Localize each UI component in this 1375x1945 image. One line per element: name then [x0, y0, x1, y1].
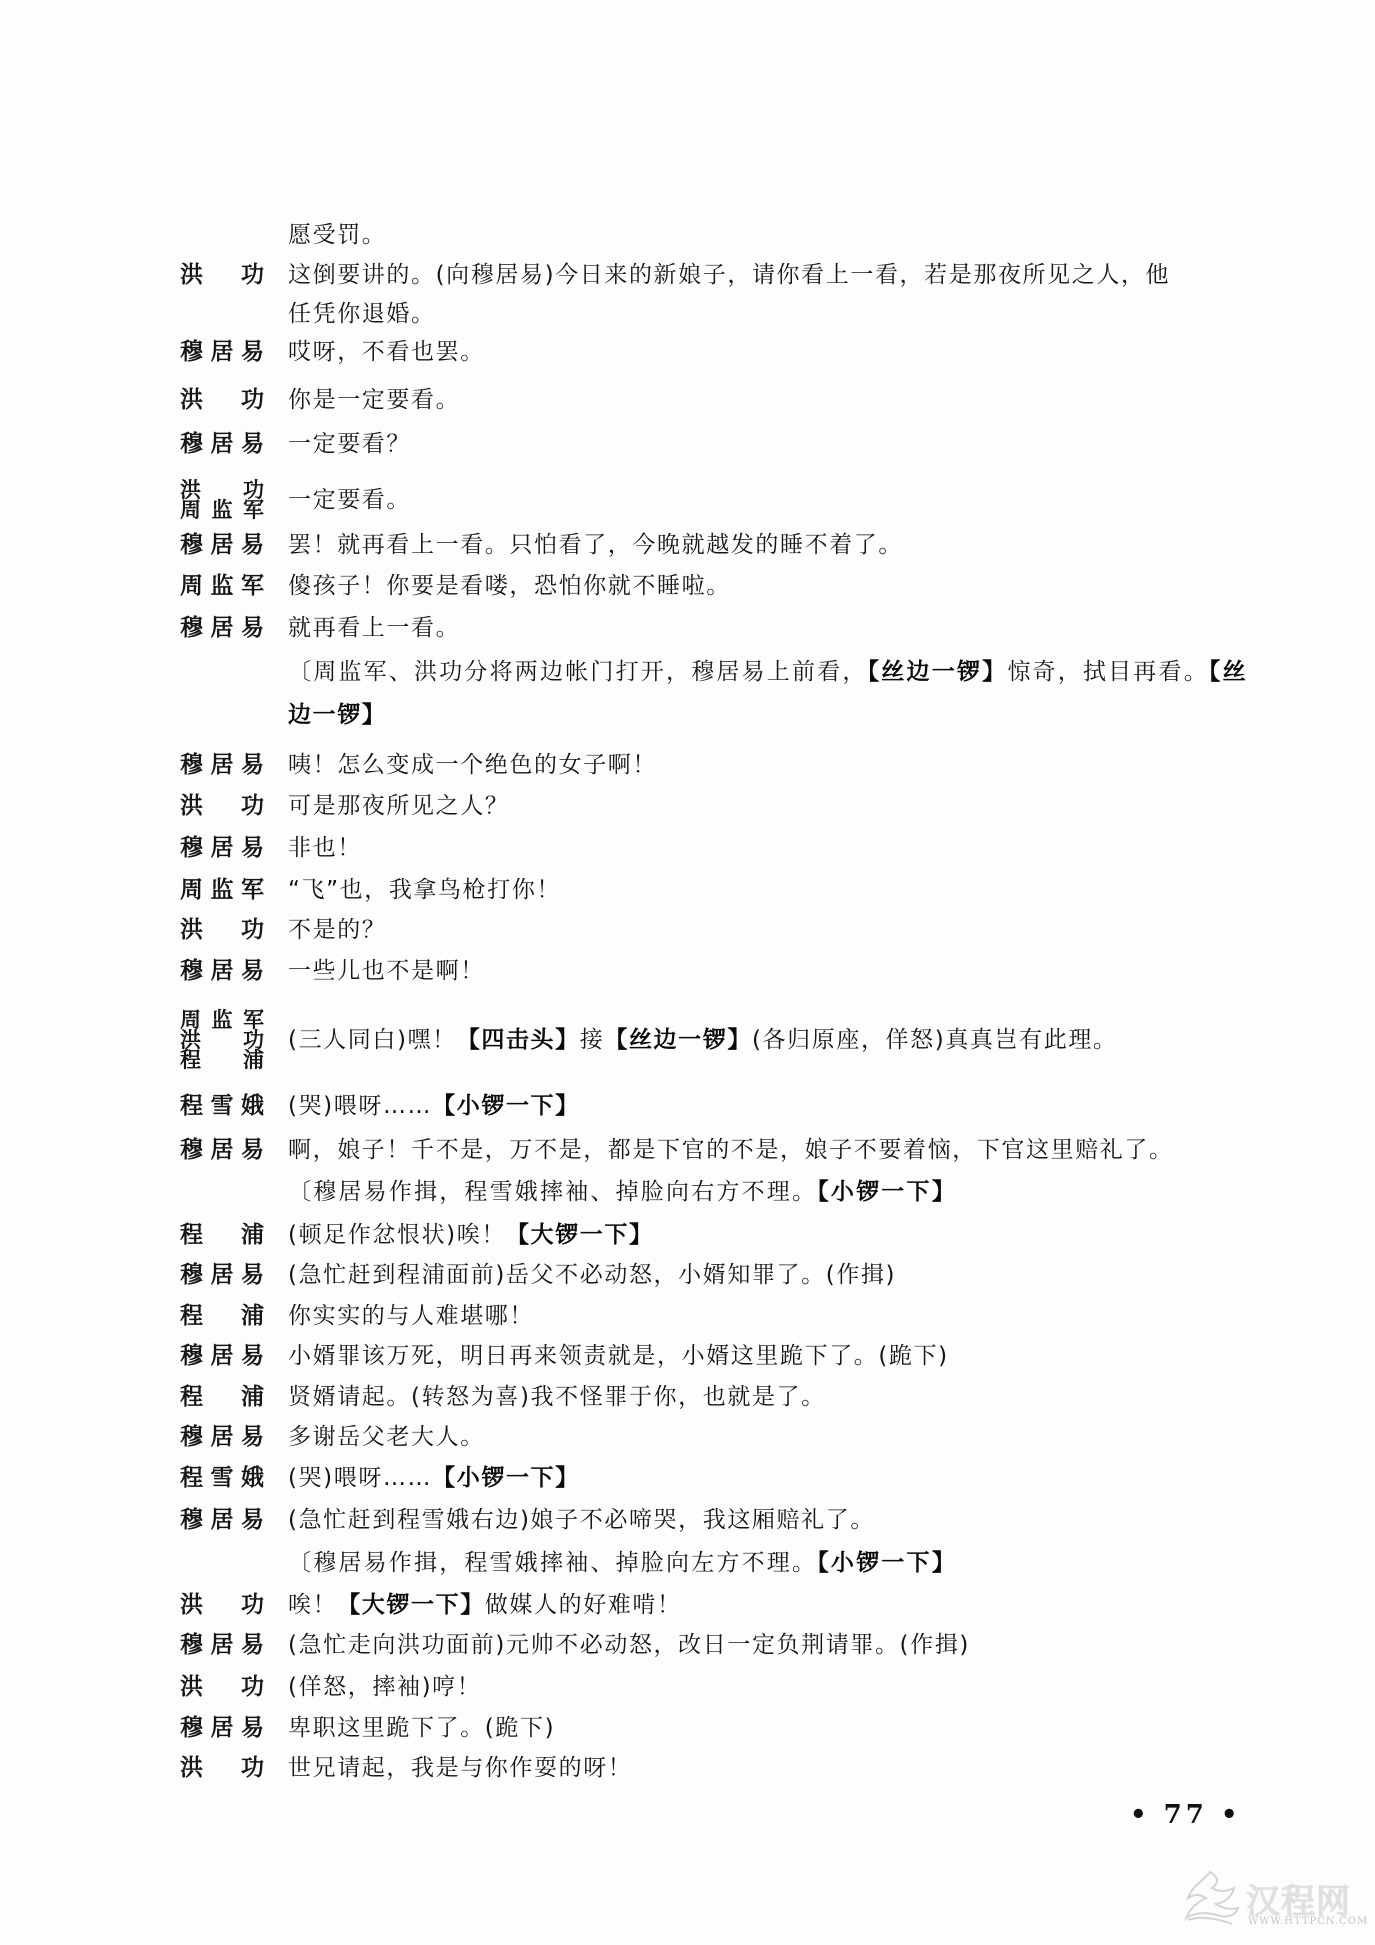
speaker-name: 穆居易 [180, 1139, 276, 1162]
dialogue-text: 傻孩子！你要是看喽，恐怕你就不睡啦。 [288, 572, 1245, 600]
speaker-name-label: 穆居易 [180, 960, 264, 983]
text-run: 接 [580, 1027, 605, 1053]
dialogue-text: 多谢岳父老大人。 [288, 1423, 1245, 1451]
speaker-name-label: 穆居易 [180, 1717, 264, 1740]
speaker-name-label: 洪功 [180, 389, 264, 412]
dialogue-line: 洪功不是的？ [0, 916, 1375, 956]
speaker-name-label: 穆居易 [180, 1139, 264, 1162]
dialogue-line: 周监军傻孩子！你要是看喽，恐怕你就不睡啦。 [0, 572, 1375, 612]
text-run: 一些儿也不是啊！ [288, 958, 485, 984]
speaker-name: 穆居易 [180, 1345, 276, 1368]
dialogue-text: 任凭你退婚。 [288, 300, 1245, 328]
text-run: (佯怒，摔袖)哼！ [288, 1674, 481, 1700]
percussion-cue: 【小锣一下】 [817, 1179, 957, 1205]
dialogue-line: 洪功周监军一定要看。 [0, 486, 1375, 526]
speaker-name-label: 程浦 [180, 1386, 264, 1409]
text-run: 〔周监军、洪功分将两边帐门打开，穆居易上前看， [288, 659, 868, 685]
speaker-name-label: 穆居易 [180, 1634, 264, 1657]
stage-direction-text: 〔穆居易作揖，程雪娥摔袖、掉脸向右方不理。【小锣一下】 [288, 1178, 1245, 1206]
dialogue-text: 卑职这里跪下了。(跪下) [288, 1714, 1245, 1742]
speaker-name-label: 洪功 [180, 480, 264, 500]
speaker-name-label: 周监军 [180, 879, 264, 902]
dialogue-line: 穆居易就再看上一看。 [0, 614, 1375, 654]
text-run: (各归原座，佯怒)真真岂有此理。 [752, 1027, 1118, 1053]
dialogue-line: 穆居易哎呀，不看也罢。 [0, 338, 1375, 378]
dialogue-text: 唉！【大锣一下】做媒人的好难啃！ [288, 1591, 1245, 1619]
dialogue-text: 不是的？ [288, 916, 1245, 944]
speaker-name: 程浦 [180, 1224, 276, 1247]
dialogue-line: 穆居易多谢岳父老大人。 [0, 1423, 1375, 1463]
dialogue-line: 穆居易(急忙赶到程雪娥右边)娘子不必啼哭，我这厢赔礼了。 [0, 1506, 1375, 1546]
percussion-cue: 【丝边一锣】 [604, 1027, 752, 1053]
speaker-name: 程雪娥 [180, 1095, 276, 1118]
text-run: 贤婿请起。(转怒为喜)我不怪罪于你，也就是了。 [288, 1384, 826, 1410]
speaker-name-label: 程浦 [180, 1305, 264, 1328]
text-run: (哭)喂呀…… [288, 1465, 432, 1491]
speaker-name-label: 程雪娥 [180, 1095, 264, 1118]
text-run: 你实实的与人难堪哪！ [288, 1303, 534, 1329]
dialogue-text: 哎呀，不看也罢。 [288, 338, 1245, 366]
percussion-cue: 边一锣】 [288, 702, 386, 728]
speaker-name-label: 程浦 [180, 1050, 264, 1070]
text-run: (急忙走向洪功面前)元帅不必动怒，改日一定负荆请罪。(作揖) [288, 1632, 970, 1658]
dialogue-line: 穆居易(急忙赶到程浦面前)岳父不必动怒，小婿知罪了。(作揖) [0, 1261, 1375, 1301]
dialogue-text: (三人同白)嘿！【四击头】接【丝边一锣】(各归原座，佯怒)真真岂有此理。 [288, 1026, 1245, 1054]
dialogue-line: 程浦(顿足作忿恨状)唉！【大锣一下】 [0, 1221, 1375, 1261]
speaker-name: 穆居易 [180, 1264, 276, 1287]
speaker-name-label: 洪功 [180, 919, 264, 942]
dialogue-line: 程雪娥(哭)喂呀……【小锣一下】 [0, 1464, 1375, 1504]
dialogue-line: 程浦你实实的与人难堪哪！ [0, 1302, 1375, 1342]
speaker-name-label: 穆居易 [180, 534, 264, 557]
text-run: 不是的？ [288, 917, 386, 943]
dialogue-text: (顿足作忿恨状)唉！【大锣一下】 [288, 1221, 1245, 1249]
text-run: 卑职这里跪下了。(跪下) [288, 1715, 555, 1741]
text-run: 一定要看？ [288, 431, 411, 457]
speaker-name-label: 穆居易 [180, 341, 264, 364]
dialogue-line: 洪功唉！【大锣一下】做媒人的好难啃！ [0, 1591, 1375, 1631]
scanned-page: 愿受罚。洪功这倒要讲的。(向穆居易)今日来的新娘子，请你看上一看，若是那夜所见之… [0, 0, 1375, 1945]
stage-direction-line: 〔穆居易作揖，程雪娥摔袖、掉脸向右方不理。【小锣一下】 [0, 1178, 1375, 1218]
dialogue-text: 世兄请起，我是与你作耍的呀！ [288, 1754, 1245, 1782]
speaker-name: 穆居易 [180, 1717, 276, 1740]
percussion-cue: 【丝边一锣】 [868, 659, 1008, 685]
speaker-name-label: 穆居易 [180, 617, 264, 640]
dialogue-text: 你是一定要看。 [288, 386, 1245, 414]
dialogue-line: 程雪娥(哭)喂呀……【小锣一下】 [0, 1092, 1375, 1132]
dialogue-text: (哭)喂呀……【小锣一下】 [288, 1464, 1245, 1492]
text-run: “飞”也，我拿鸟枪打你！ [288, 877, 561, 903]
speaker-name: 周监军 [180, 879, 276, 902]
text-run: 可是那夜所见之人？ [288, 793, 509, 819]
dialogue-text: 一定要看。 [288, 486, 1245, 514]
text-run: (三人同白)嘿！ [288, 1027, 457, 1053]
dialogue-line: 洪功世兄请起，我是与你作耍的呀！ [0, 1754, 1375, 1794]
speaker-name-label: 周监军 [180, 1010, 264, 1030]
speaker-name-label: 洪功 [180, 795, 264, 818]
dialogue-line: 洪功你是一定要看。 [0, 386, 1375, 426]
speaker-name-label: 程雪娥 [180, 1467, 264, 1490]
text-run: 〔穆居易作揖，程雪娥摔袖、掉脸向右方不理。 [288, 1179, 817, 1205]
percussion-cue: 【小锣一下】 [817, 1550, 957, 1576]
speaker-name: 穆居易 [180, 960, 276, 983]
dialogue-line: 洪功(佯怒，摔袖)哼！ [0, 1673, 1375, 1713]
dialogue-text: 这倒要讲的。(向穆居易)今日来的新娘子，请你看上一看，若是那夜所见之人，他 [288, 261, 1245, 289]
text-run: 就再看上一看。 [288, 615, 460, 641]
watermark-url: WWW.HTTPCN.COM [1248, 1916, 1368, 1927]
dialogue-line: 穆居易一些儿也不是啊！ [0, 957, 1375, 997]
stage-direction-line: 〔周监军、洪功分将两边帐门打开，穆居易上前看，【丝边一锣】惊奇，拭目再看。【丝 [0, 658, 1375, 698]
speaker-name-label: 穆居易 [180, 433, 264, 456]
stage-direction-text: 〔周监军、洪功分将两边帐门打开，穆居易上前看，【丝边一锣】惊奇，拭目再看。【丝 [288, 658, 1245, 686]
dialogue-line: 任凭你退婚。 [0, 300, 1375, 340]
dialogue-line: 穆居易一定要看？ [0, 430, 1375, 470]
speaker-name: 穆居易 [180, 341, 276, 364]
dialogue-text: (佯怒，摔袖)哼！ [288, 1673, 1245, 1701]
percussion-cue: 【大锣一下】 [506, 1222, 654, 1248]
percussion-cue: 【小锣一下】 [432, 1465, 580, 1491]
percussion-cue: 【大锣一下】 [337, 1592, 485, 1618]
dialogue-text: 边一锣】 [288, 701, 1245, 729]
speaker-name-label: 穆居易 [180, 1345, 264, 1368]
speaker-name: 穆居易 [180, 1426, 276, 1449]
speaker-name-label: 周监军 [180, 575, 264, 598]
dialogue-text: 小婿罪该万死，明日再来领责就是，小婿这里跪下了。(跪下) [288, 1342, 1245, 1370]
speaker-name: 程雪娥 [180, 1467, 276, 1490]
text-run: 哎呀，不看也罢。 [288, 339, 485, 365]
dialogue-line: 洪功这倒要讲的。(向穆居易)今日来的新娘子，请你看上一看，若是那夜所见之人，他 [0, 261, 1375, 301]
dialogue-line: 穆居易小婿罪该万死，明日再来领责就是，小婿这里跪下了。(跪下) [0, 1342, 1375, 1382]
speaker-name: 周监军洪功程浦 [180, 1010, 276, 1070]
speaker-name: 洪功 [180, 1676, 276, 1699]
dialogue-line: 穆居易啊，娘子！千不是，万不是，都是下官的不是，娘子不要着恼，下官这里赔礼了。 [0, 1136, 1375, 1176]
dialogue-line: 穆居易卑职这里跪下了。(跪下) [0, 1714, 1375, 1754]
text-run: 一定要看。 [288, 487, 411, 513]
text-run: 你是一定要看。 [288, 387, 460, 413]
speaker-name-label: 穆居易 [180, 1509, 264, 1532]
dialogue-line: 程浦贤婿请起。(转怒为喜)我不怪罪于你，也就是了。 [0, 1383, 1375, 1423]
speaker-name: 穆居易 [180, 837, 276, 860]
text-run: 啊，娘子！千不是，万不是，都是下官的不是，娘子不要着恼，下官这里赔礼了。 [288, 1137, 1174, 1163]
text-run: 这倒要讲的。(向穆居易)今日来的新娘子，请你看上一看，若是那夜所见之人，他 [288, 262, 1170, 288]
text-run: 唉！ [288, 1592, 337, 1618]
dialogue-text: (哭)喂呀……【小锣一下】 [288, 1092, 1245, 1120]
speaker-name: 洪功 [180, 1594, 276, 1617]
watermark: 汉程网 WWW.HTTPCN.COM [1180, 1860, 1365, 1935]
dialogue-text: (急忙赶到程雪娥右边)娘子不必啼哭，我这厢赔礼了。 [288, 1506, 1245, 1534]
speaker-name-label: 程浦 [180, 1224, 264, 1247]
text-run: (急忙赶到程浦面前)岳父不必动怒，小婿知罪了。(作揖) [288, 1262, 896, 1288]
speaker-name-label: 穆居易 [180, 837, 264, 860]
speaker-name-label: 穆居易 [180, 754, 264, 777]
dialogue-text: (急忙赶到程浦面前)岳父不必动怒，小婿知罪了。(作揖) [288, 1261, 1245, 1289]
dialogue-text: 愿受罚。 [288, 221, 1245, 249]
dialogue-text: (急忙走向洪功面前)元帅不必动怒，改日一定负荆请罪。(作揖) [288, 1631, 1245, 1659]
text-run: 多谢岳父老大人。 [288, 1424, 485, 1450]
speaker-name: 洪功 [180, 919, 276, 942]
speaker-name: 洪功周监军 [180, 480, 276, 520]
speaker-name: 穆居易 [180, 617, 276, 640]
dialogue-text: 咦！怎么变成一个绝色的女子啊！ [288, 751, 1245, 779]
text-run: 罢！就再看上一看。只怕看了，今晚就越发的睡不着了。 [288, 532, 903, 558]
speaker-name: 周监军 [180, 575, 276, 598]
speaker-name: 洪功 [180, 264, 276, 287]
speaker-name: 穆居易 [180, 1509, 276, 1532]
speaker-name-label: 洪功 [180, 1030, 264, 1050]
speaker-name: 洪功 [180, 1757, 276, 1780]
speaker-name-label: 周监军 [180, 500, 264, 520]
text-run: 惊奇，拭目再看。 [1007, 659, 1209, 685]
speaker-name-label: 穆居易 [180, 1426, 264, 1449]
dialogue-text: 就再看上一看。 [288, 614, 1245, 642]
dialogue-line: 穆居易(急忙走向洪功面前)元帅不必动怒，改日一定负荆请罪。(作揖) [0, 1631, 1375, 1671]
percussion-cue: 【丝 [1209, 659, 1248, 685]
speaker-name: 穆居易 [180, 1634, 276, 1657]
percussion-cue: 【四击头】 [457, 1027, 580, 1053]
dialogue-line: 穆居易咦！怎么变成一个绝色的女子啊！ [0, 751, 1375, 791]
speaker-name-label: 洪功 [180, 264, 264, 287]
text-run: (哭)喂呀…… [288, 1093, 432, 1119]
page-number: • 77 • [1130, 1800, 1242, 1830]
text-run: 愿受罚。 [288, 222, 386, 248]
speaker-name-label: 穆居易 [180, 1264, 264, 1287]
dialogue-line: 边一锣】 [0, 701, 1375, 741]
text-run: 世兄请起，我是与你作耍的呀！ [288, 1755, 632, 1781]
dialogue-text: 啊，娘子！千不是，万不是，都是下官的不是，娘子不要着恼，下官这里赔礼了。 [288, 1136, 1245, 1164]
dialogue-text: 一定要看？ [288, 430, 1245, 458]
stage-direction-line: 〔穆居易作揖，程雪娥摔袖、掉脸向左方不理。【小锣一下】 [0, 1549, 1375, 1589]
text-run: (顿足作忿恨状)唉！ [288, 1222, 506, 1248]
text-run: 任凭你退婚。 [288, 301, 436, 327]
dialogue-text: 可是那夜所见之人？ [288, 792, 1245, 820]
text-run: 咦！怎么变成一个绝色的女子啊！ [288, 752, 657, 778]
dialogue-line: 愿受罚。 [0, 221, 1375, 261]
text-run: (急忙赶到程雪娥右边)娘子不必啼哭，我这厢赔礼了。 [288, 1507, 875, 1533]
stage-direction-text: 〔穆居易作揖，程雪娥摔袖、掉脸向左方不理。【小锣一下】 [288, 1549, 1245, 1577]
dialogue-line: 穆居易非也！ [0, 834, 1375, 874]
speaker-name: 洪功 [180, 795, 276, 818]
dialogue-text: 一些儿也不是啊！ [288, 957, 1245, 985]
speaker-name: 穆居易 [180, 433, 276, 456]
dialogue-text: “飞”也，我拿鸟枪打你！ [288, 876, 1245, 904]
speaker-name-label: 洪功 [180, 1594, 264, 1617]
speaker-name: 程浦 [180, 1305, 276, 1328]
dialogue-line: 周监军洪功程浦(三人同白)嘿！【四击头】接【丝边一锣】(各归原座，佯怒)真真岂有… [0, 1026, 1375, 1066]
percussion-cue: 【小锣一下】 [432, 1093, 580, 1119]
speaker-name-label: 洪功 [180, 1676, 264, 1699]
speaker-name: 程浦 [180, 1386, 276, 1409]
dialogue-text: 非也！ [288, 834, 1245, 862]
text-run: 做媒人的好难啃！ [485, 1592, 682, 1618]
speaker-name: 穆居易 [180, 534, 276, 557]
text-run: 〔穆居易作揖，程雪娥摔袖、掉脸向左方不理。 [288, 1550, 817, 1576]
text-run: 非也！ [288, 835, 362, 861]
dialogue-text: 你实实的与人难堪哪！ [288, 1302, 1245, 1330]
dialogue-line: 洪功可是那夜所见之人？ [0, 792, 1375, 832]
dialogue-text: 贤婿请起。(转怒为喜)我不怪罪于你，也就是了。 [288, 1383, 1245, 1411]
speaker-name: 洪功 [180, 389, 276, 412]
dialogue-text: 罢！就再看上一看。只怕看了，今晚就越发的睡不着了。 [288, 531, 1245, 559]
dialogue-line: 周监军“飞”也，我拿鸟枪打你！ [0, 876, 1375, 916]
text-run: 小婿罪该万死，明日再来领责就是，小婿这里跪下了。(跪下) [288, 1343, 949, 1369]
text-run: 傻孩子！你要是看喽，恐怕你就不睡啦。 [288, 573, 731, 599]
speaker-name: 穆居易 [180, 754, 276, 777]
dialogue-line: 穆居易罢！就再看上一看。只怕看了，今晚就越发的睡不着了。 [0, 531, 1375, 571]
watermark-logo-icon [1180, 1868, 1240, 1928]
speaker-name-label: 洪功 [180, 1757, 264, 1780]
